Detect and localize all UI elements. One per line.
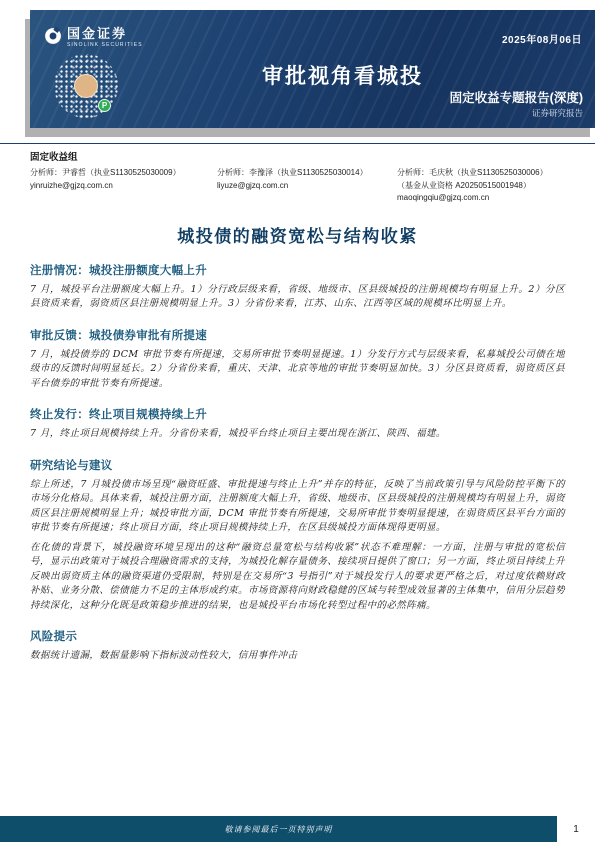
section-heading: 终止发行：终止项目规模持续上升 [30, 406, 565, 422]
brand-name-en: SINOLINK SECURITIES [67, 43, 143, 48]
qr-app-icon: P [98, 99, 111, 112]
section-paragraph: 7 月，城投平台注册额度大幅上升。1）分行政层级来看，省级、地级市、区县级城投的… [30, 283, 565, 312]
section-heading: 注册情况：城投注册额度大幅上升 [30, 262, 565, 278]
analyst-2-email: liyuze@gjzq.com.cn [217, 180, 397, 193]
qr-code: P [54, 54, 118, 118]
analyst-2: 分析师：李豫泽（执业S1130525030014） liyuze@gjzq.co… [217, 167, 397, 205]
analyst-block: 分析师：尹睿哲（执业S1130525030009） yinruizhe@gjzq… [30, 167, 565, 205]
analyst-1-name: 分析师：尹睿哲（执业S1130525030009） [30, 167, 217, 180]
header-divider [0, 143, 595, 144]
sinolink-logo-icon [44, 27, 62, 45]
section-registration: 注册情况：城投注册额度大幅上升 7 月，城投平台注册额度大幅上升。1）分行政层级… [30, 262, 565, 312]
section-paragraph: 数据统计遗漏，数据量影响下指标波动性较大，信用事件冲击 [30, 649, 565, 664]
section-terminated-issues: 终止发行：终止项目规模持续上升 7 月，终止项目规模持续上升。分省份来看，城投平… [30, 406, 565, 442]
document-title: 城投债的融资宽松与结构收紧 [30, 222, 565, 247]
report-date: 2025年08月06日 [502, 31, 582, 46]
analyst-3: 分析师：毛庆秋（执业S1130525030006） （基金从业资格 A20250… [397, 167, 565, 205]
header-banner: 国金证券 SINOLINK SECURITIES 2025年08月06日 审批视… [30, 10, 595, 128]
page-number: 1 [557, 816, 595, 842]
brand-logo: 国金证券 SINOLINK SECURITIES [44, 27, 143, 48]
section-heading: 风险提示 [30, 628, 565, 644]
analyst-1-email: yinruizhe@gjzq.com.cn [30, 180, 217, 193]
section-paragraph: 在化债的背景下，城投融资环境呈现出的这种“融资总量宽松与结构收紧”状态不难理解：… [30, 541, 565, 614]
section-heading: 审批反馈：城投债券审批有所提速 [30, 327, 565, 343]
section-risk-warning: 风险提示 数据统计遗漏，数据量影响下指标波动性较大，信用事件冲击 [30, 628, 565, 664]
analyst-3-credential: （基金从业资格 A20250515001948） [397, 180, 565, 193]
analyst-group-title: 固定收益组 [30, 149, 565, 163]
analyst-1: 分析师：尹睿哲（执业S1130525030009） yinruizhe@gjzq… [30, 167, 217, 205]
section-paragraph: 7 月，终止项目规模持续上升。分省份来看，城投平台终止项目主要出现在浙江、陕西、… [30, 427, 565, 442]
section-conclusions: 研究结论与建议 综上所述，7 月城投债市场呈现“融资旺盛、审批提速与终止上升”并… [30, 457, 565, 614]
analyst-2-name: 分析师：李豫泽（执业S1130525030014） [217, 167, 397, 180]
qr-center-badge [74, 74, 98, 98]
section-paragraph: 7 月，城投债券的 DCM 审批节奏有所提速，交易所审批节奏明显提速。1）分发行… [30, 348, 565, 392]
analyst-3-name: 分析师：毛庆秋（执业S1130525030006） [397, 167, 565, 180]
report-type: 固定收益专题报告(深度) [450, 88, 583, 106]
section-approval-feedback: 审批反馈：城投债券审批有所提速 7 月，城投债券的 DCM 审批节奏有所提速，交… [30, 327, 565, 392]
brand-name-cn: 国金证券 [67, 27, 143, 40]
footer-disclaimer: 敬请参阅最后一页特别声明 [225, 824, 333, 835]
analyst-3-email: maoqingqiu@gjzq.com.cn [397, 192, 565, 205]
footer-disclaimer-bar: 敬请参阅最后一页特别声明 [0, 816, 557, 842]
report-category: 证券研究报告 [532, 107, 583, 119]
report-title: 审批视角看城投 [150, 60, 535, 90]
section-paragraph: 综上所述，7 月城投债市场呈现“融资旺盛、审批提速与终止上升”并存的特征，反映了… [30, 478, 565, 536]
section-heading: 研究结论与建议 [30, 457, 565, 473]
page-content: 固定收益组 分析师：尹睿哲（执业S1130525030009） yinruizh… [30, 149, 565, 664]
